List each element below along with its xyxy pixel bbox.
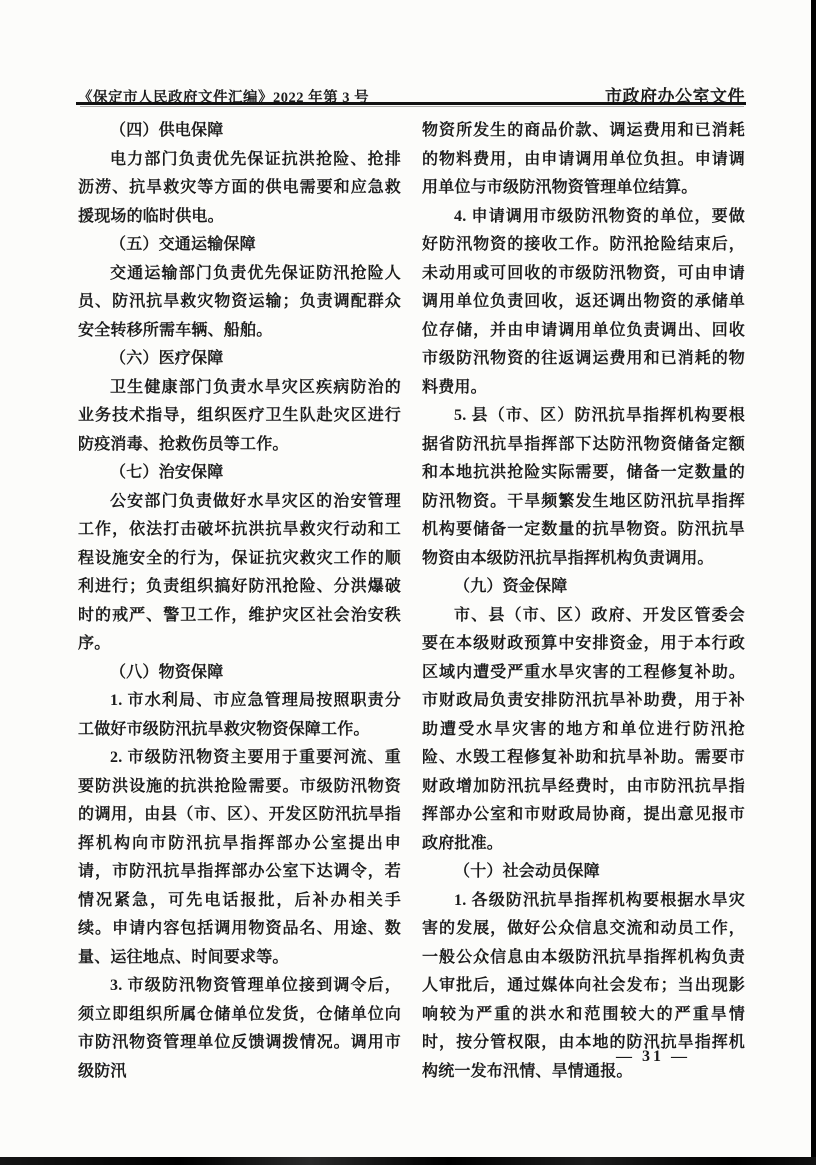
section-heading: （七）治安保障	[78, 459, 401, 488]
section-heading: （八）物资保障	[78, 659, 401, 688]
paragraph: 交通运输部门负责优先保证防汛抢险人员、防汛抗旱救灾物资运输；负责调配群众安全转移…	[78, 260, 401, 346]
paragraph: 物资所发生的商品价款、调运费用和已消耗的物料费用，由申请调用单位负担。申请调用单…	[422, 117, 745, 203]
page-number: — 31 —	[616, 1048, 745, 1065]
paragraph: 市、县（市、区）政府、开发区管委会要在本级财政预算中安排资金，用于本行政区域内遭…	[422, 602, 745, 859]
document-page: 《保定市人民政府文件汇编》2022 年第 3 号 市政府办公室文件 （四）供电保…	[0, 0, 816, 1165]
section-heading: （五）交通运输保障	[78, 231, 401, 260]
scan-edge-right	[811, 0, 816, 1165]
section-heading: （九）资金保障	[422, 573, 745, 602]
section-heading: （四）供电保障	[78, 117, 401, 146]
section-heading: （十）社会动员保障	[422, 858, 745, 887]
paragraph: 3. 市级防汛物资管理单位接到调令后，须立即组织所属仓储单位发货，仓储单位向市防…	[78, 972, 401, 1086]
paragraph: 1. 市水利局、市应急管理局按照职责分工做好市级防汛抗旱救灾物资保障工作。	[78, 687, 401, 744]
paragraph: 公安部门负责做好水旱灾区的治安管理工作，依法打击破坏抗洪抗旱救灾行动和工程设施安…	[78, 488, 401, 659]
left-column: （四）供电保障电力部门负责优先保证抗洪抢险、抢排沥涝、抗旱救灾等方面的供电需要和…	[78, 117, 401, 1086]
header-rule	[76, 102, 746, 105]
scan-edge-bottom	[0, 1157, 816, 1165]
paragraph: 5. 县（市、区）防汛抗旱指挥机构要根据省防汛抗旱指挥部下达防汛物资储备定额和本…	[422, 402, 745, 573]
paragraph: 电力部门负责优先保证抗洪抢险、抢排沥涝、抗旱救灾等方面的供电需要和应急救援现场的…	[78, 146, 401, 232]
section-heading: （六）医疗保障	[78, 345, 401, 374]
document-body: （四）供电保障电力部门负责优先保证抗洪抢险、抢排沥涝、抗旱救灾等方面的供电需要和…	[78, 117, 745, 1086]
paragraph: 2. 市级防汛物资主要用于重要河流、重要防洪设施的抗洪抢险需要。市级防汛物资的调…	[78, 744, 401, 972]
paragraph: 卫生健康部门负责水旱灾区疾病防治的业务技术指导，组织医疗卫生队赴灾区进行防疫消毒…	[78, 374, 401, 460]
page-footer: — 31 —	[0, 1048, 745, 1066]
paragraph: 4. 申请调用市级防汛物资的单位，要做好防汛物资的接收工作。防汛抢险结束后，未动…	[422, 203, 745, 403]
right-column: 物资所发生的商品价款、调运费用和已消耗的物料费用，由申请调用单位负担。申请调用单…	[422, 117, 745, 1086]
